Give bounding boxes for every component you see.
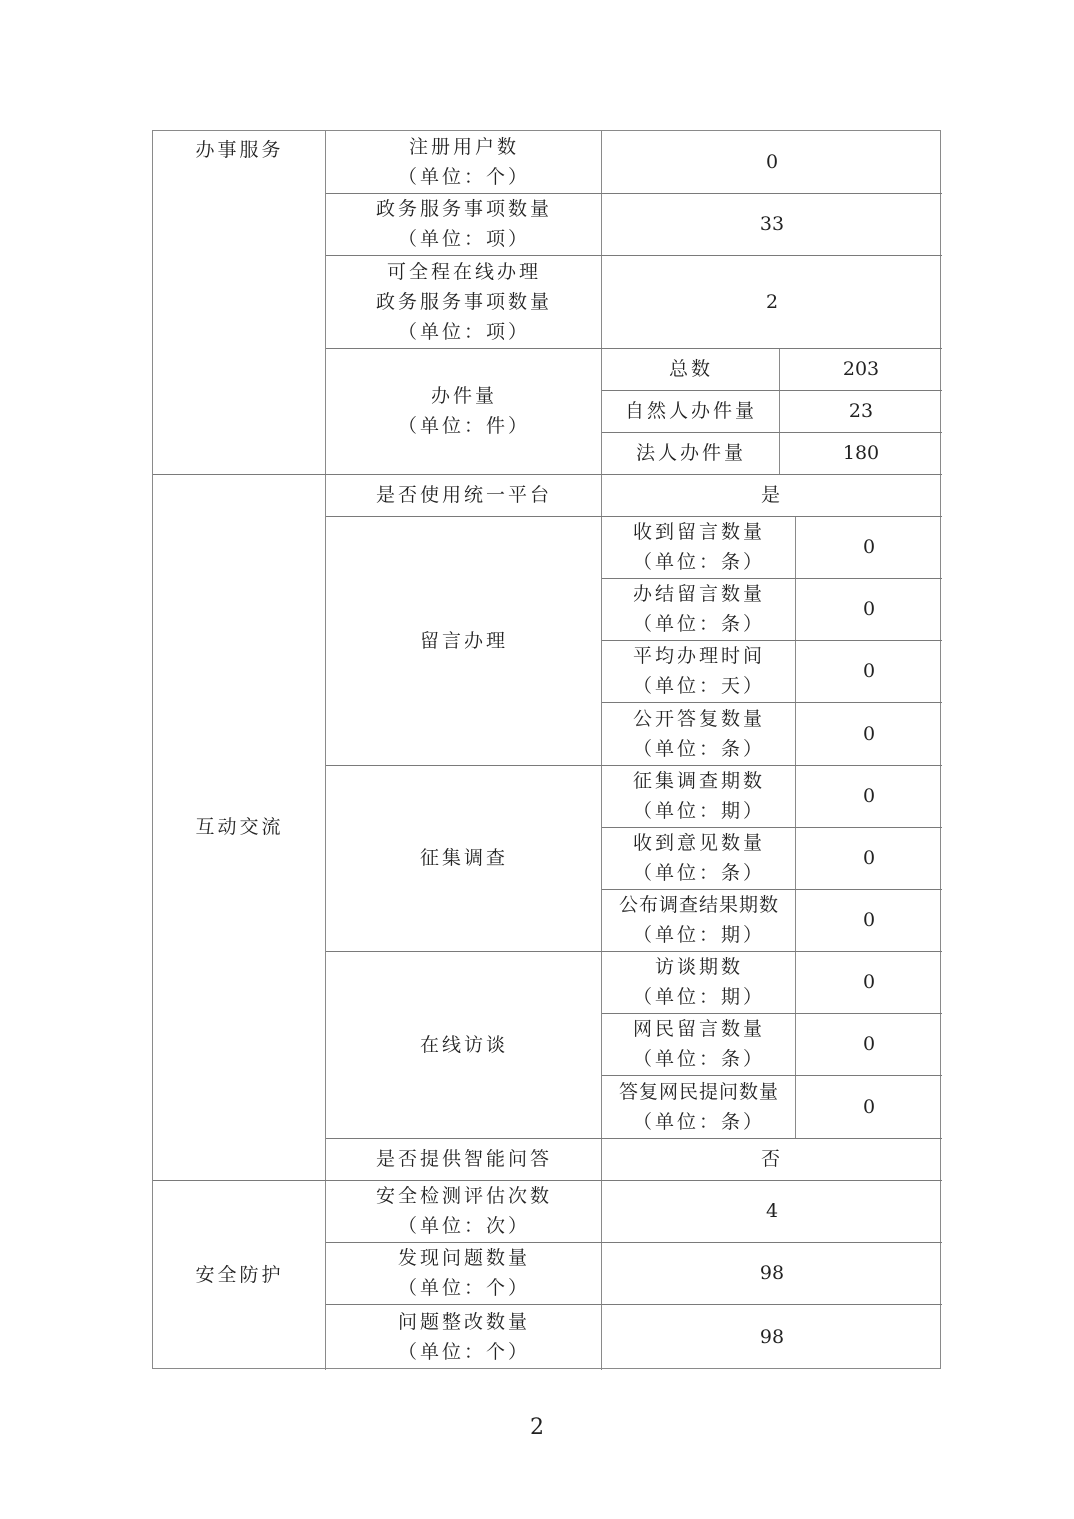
value-text: 33 <box>760 209 784 239</box>
sub-label-text: 法人办件量 <box>636 438 746 468</box>
row-divider <box>602 578 942 579</box>
sub-label: 征集调查期数（单位：期） <box>602 765 796 827</box>
row-value: 2 <box>602 255 942 348</box>
label-unit: （单位：件） <box>398 411 530 441</box>
row-divider <box>602 432 942 433</box>
category-banshi-fuwu: 办事服务 <box>153 131 326 474</box>
value-text: 0 <box>766 147 778 177</box>
row-divider <box>602 390 942 391</box>
label-line: 是否使用统一平台 <box>376 480 552 510</box>
label-unit: （单位：条） <box>633 1107 765 1137</box>
label-unit: （单位：条） <box>633 547 765 577</box>
sub-label: 公开答复数量（单位：条） <box>602 702 796 765</box>
sub-label: 公布调查结果期数（单位：期） <box>602 889 796 951</box>
row-value: 0 <box>602 131 942 193</box>
row-label: 安全检测评估次数 （单位：次） <box>326 1180 602 1242</box>
label-unit: （单位：期） <box>633 796 765 826</box>
section-divider <box>153 474 942 475</box>
row-label: 问题整改数量 （单位：个） <box>326 1304 602 1370</box>
label-line: 征集调查期数 <box>633 766 765 796</box>
sub-label: 总数 <box>602 348 780 390</box>
sub-label: 收到意见数量（单位：条） <box>602 827 796 889</box>
row-divider <box>326 348 942 349</box>
value-text: 4 <box>766 1196 778 1226</box>
label-line: 办结留言数量 <box>633 579 765 609</box>
label-line: 办件量 <box>431 381 497 411</box>
value-text: 是 <box>761 480 783 510</box>
value-text: 203 <box>843 354 879 384</box>
sub-value: 0 <box>796 1075 942 1138</box>
category-anquan-fanghu: 安全防护 <box>153 1180 326 1370</box>
sub-value: 0 <box>796 516 942 578</box>
row-divider <box>326 516 942 517</box>
label-unit: （单位：条） <box>633 858 765 888</box>
value-text: 0 <box>863 1029 875 1059</box>
label-unit: （单位：条） <box>633 734 765 764</box>
label-unit: （单位：期） <box>633 982 765 1012</box>
sub-value: 0 <box>796 578 942 640</box>
row-divider <box>602 640 942 641</box>
value-text: 否 <box>761 1144 783 1174</box>
row-divider <box>326 1138 942 1139</box>
label-line: 政务服务事项数量 <box>376 194 552 224</box>
sub-label: 法人办件量 <box>602 432 780 474</box>
value-text: 0 <box>863 532 875 562</box>
value-text: 0 <box>863 1092 875 1122</box>
category-label: 互动交流 <box>195 812 283 842</box>
value-text: 98 <box>760 1258 784 1288</box>
row-divider <box>602 889 942 890</box>
label-line: 访谈期数 <box>655 952 743 982</box>
row-divider <box>326 193 942 194</box>
row-value: 4 <box>602 1180 942 1242</box>
label-line: 安全检测评估次数 <box>376 1181 552 1211</box>
col-divider <box>325 131 326 1370</box>
sub-value: 0 <box>796 1013 942 1075</box>
row-label: 政务服务事项数量 （单位：项） <box>326 193 602 255</box>
page-number: 2 <box>0 1415 1074 1440</box>
label-line: 公布调查结果期数 <box>619 890 779 920</box>
col-divider <box>601 131 602 1370</box>
label-line: 发现问题数量 <box>398 1243 530 1273</box>
category-label: 安全防护 <box>195 1260 283 1290</box>
group-label: 留言办理 <box>420 626 508 656</box>
label-unit: （单位：个） <box>398 162 530 192</box>
label-line: 问题整改数量 <box>398 1307 530 1337</box>
row-divider <box>602 827 942 828</box>
group-zhengji: 征集调查 <box>326 765 602 951</box>
row-value: 98 <box>602 1304 942 1370</box>
label-line: 收到意见数量 <box>633 828 765 858</box>
sub-label: 平均办理时间（单位：天） <box>602 640 796 702</box>
value-text: 0 <box>863 594 875 624</box>
sub-value: 0 <box>796 951 942 1013</box>
label-line: 公开答复数量 <box>633 704 765 734</box>
sub-label: 收到留言数量（单位：条） <box>602 516 796 578</box>
category-hudong-jiaoliu: 互动交流 <box>153 474 326 1180</box>
row-value: 是 <box>602 474 942 516</box>
value-text: 0 <box>863 905 875 935</box>
sub-label: 网民留言数量（单位：条） <box>602 1013 796 1075</box>
value-text: 0 <box>863 967 875 997</box>
row-label: 是否提供智能问答 <box>326 1138 602 1180</box>
row-divider <box>602 1075 942 1076</box>
group-zaixian-fangtan: 在线访谈 <box>326 951 602 1138</box>
sub-value: 0 <box>796 640 942 702</box>
label-unit: （单位：项） <box>398 317 530 347</box>
label-line: 平均办理时间 <box>633 641 765 671</box>
row-value: 否 <box>602 1138 942 1180</box>
row-divider <box>602 702 942 703</box>
value-text: 0 <box>863 719 875 749</box>
statistics-table: 办事服务 注册用户数 （单位：个） 0 政务服务事项数量 （单位：项） 33 可… <box>152 130 941 1369</box>
row-label: 办件量 （单位：件） <box>326 348 602 474</box>
label-unit: （单位：天） <box>633 671 765 701</box>
row-divider <box>326 1304 942 1305</box>
label-unit: （单位：个） <box>398 1273 530 1303</box>
label-line: 是否提供智能问答 <box>376 1144 552 1174</box>
sub-value: 0 <box>796 889 942 951</box>
value-text: 98 <box>760 1322 784 1352</box>
sub-value: 0 <box>796 765 942 827</box>
value-text: 2 <box>766 287 778 317</box>
sub-value: 180 <box>780 432 942 474</box>
sub-label: 办结留言数量（单位：条） <box>602 578 796 640</box>
row-label: 可全程在线办理 政务服务事项数量 （单位：项） <box>326 255 602 348</box>
row-divider <box>326 1242 942 1243</box>
value-text: 0 <box>863 656 875 686</box>
label-line: 网民留言数量 <box>633 1014 765 1044</box>
label-unit: （单位：个） <box>398 1337 530 1367</box>
sub-value: 23 <box>780 390 942 432</box>
sub-value: 203 <box>780 348 942 390</box>
label-unit: （单位：期） <box>633 920 765 950</box>
section-divider <box>153 1180 942 1181</box>
label-unit: （单位：条） <box>633 1044 765 1074</box>
row-divider <box>602 1013 942 1014</box>
row-label: 发现问题数量 （单位：个） <box>326 1242 602 1304</box>
label-line: 答复网民提问数量 <box>619 1077 779 1107</box>
col-divider <box>779 348 780 474</box>
label-unit: （单位：项） <box>398 224 530 254</box>
row-divider <box>326 765 942 766</box>
value-text: 180 <box>843 438 879 468</box>
sub-label: 访谈期数（单位：期） <box>602 951 796 1013</box>
label-line: 收到留言数量 <box>633 517 765 547</box>
group-liuyan: 留言办理 <box>326 516 602 765</box>
row-label: 是否使用统一平台 <box>326 474 602 516</box>
label-unit: （单位：条） <box>633 609 765 639</box>
sub-label-text: 自然人办件量 <box>625 396 757 426</box>
group-label: 在线访谈 <box>420 1030 508 1060</box>
label-unit: （单位：次） <box>398 1211 530 1241</box>
sub-label-text: 总数 <box>669 354 713 384</box>
label-line: 政务服务事项数量 <box>376 287 552 317</box>
sub-value: 0 <box>796 827 942 889</box>
group-label: 征集调查 <box>420 843 508 873</box>
sub-label: 自然人办件量 <box>602 390 780 432</box>
label-line: 可全程在线办理 <box>387 257 541 287</box>
value-text: 0 <box>863 843 875 873</box>
value-text: 0 <box>863 781 875 811</box>
row-value: 33 <box>602 193 942 255</box>
row-divider <box>326 255 942 256</box>
row-divider <box>326 951 942 952</box>
row-label: 注册用户数 （单位：个） <box>326 131 602 193</box>
sub-label: 答复网民提问数量（单位：条） <box>602 1075 796 1138</box>
value-text: 23 <box>849 396 873 426</box>
row-value: 98 <box>602 1242 942 1304</box>
sub-value: 0 <box>796 702 942 765</box>
category-label: 办事服务 <box>195 135 283 165</box>
label-line: 注册用户数 <box>409 132 519 162</box>
